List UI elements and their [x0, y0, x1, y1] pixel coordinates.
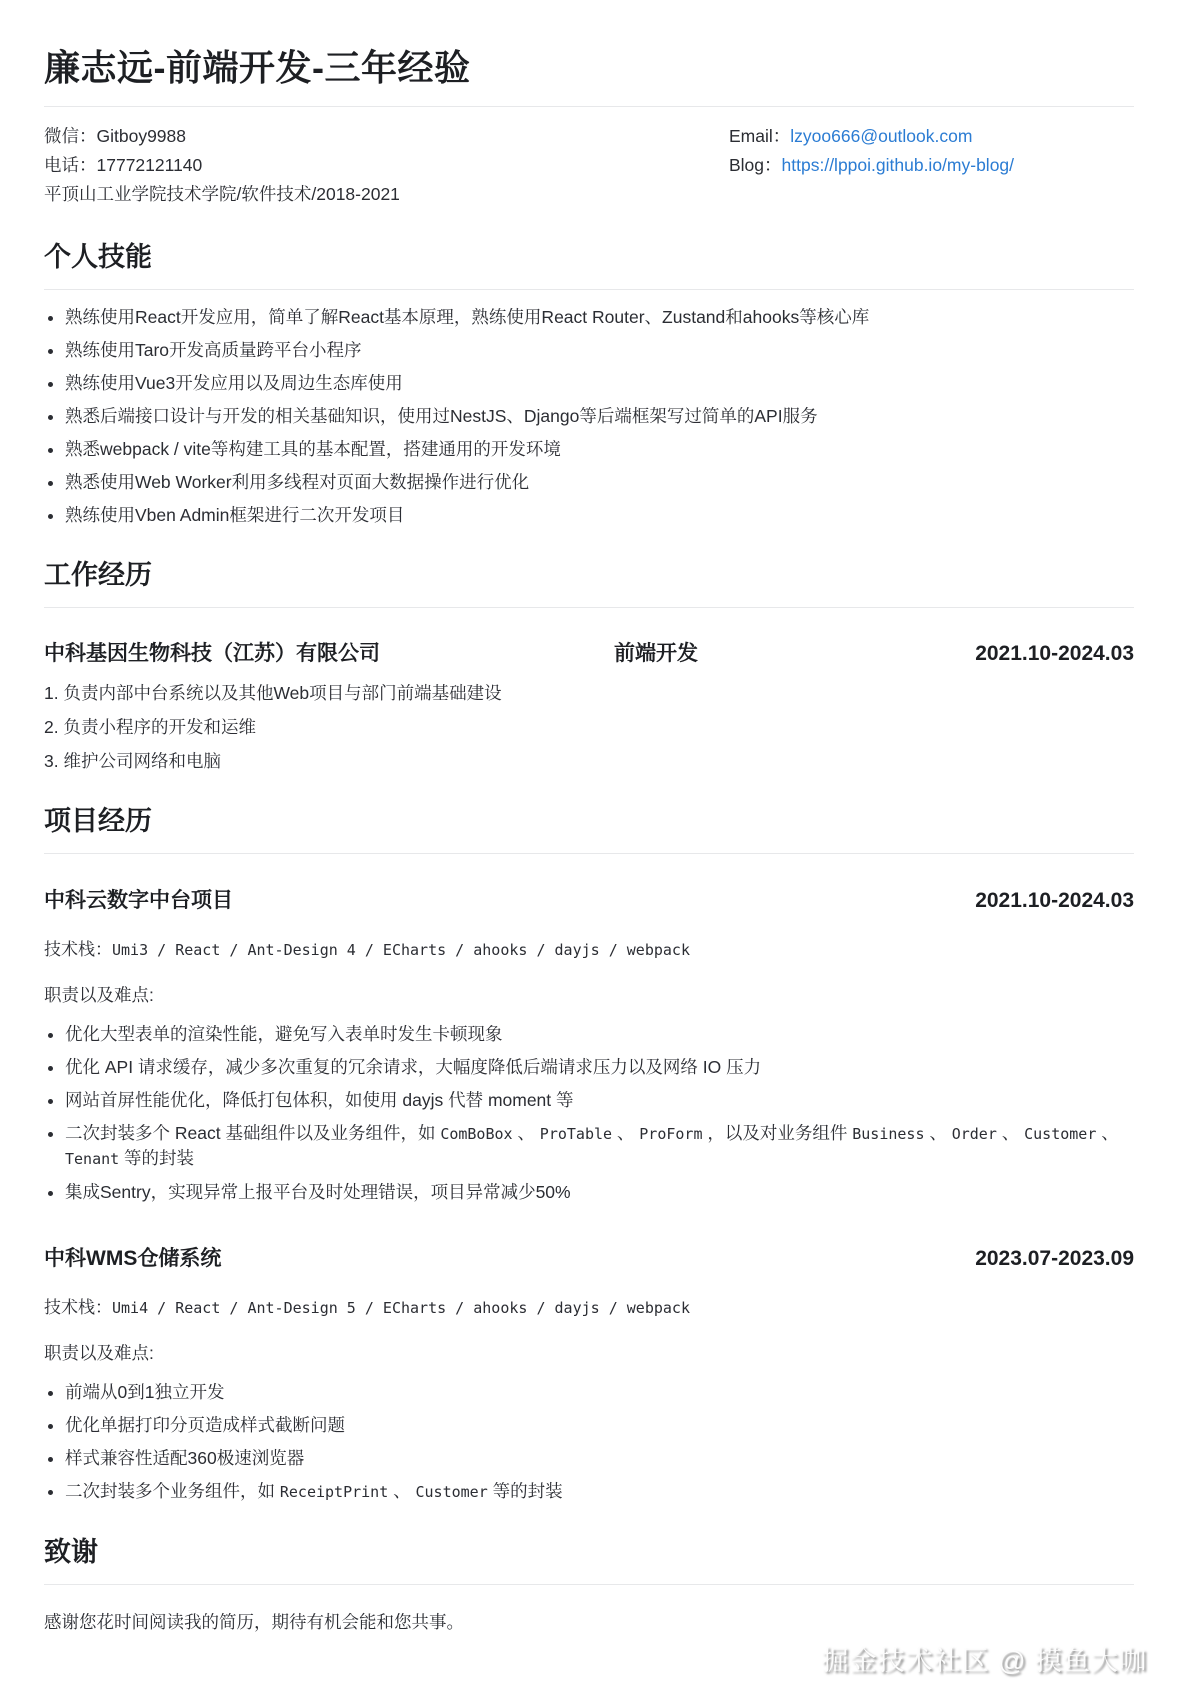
watermark: 掘金技术社区 @ 摸鱼大咖: [822, 1639, 1147, 1678]
tech-stack-line: 技术栈：Umi3 / React / Ant-Design 4 / EChart…: [44, 935, 1134, 960]
project-bullet-item: 优化 API 请求缓存，减少多次重复的冗余请求，大幅度降低后端请求压力以及网络 …: [65, 1055, 1134, 1079]
email-link[interactable]: lzyoo666@outlook.com: [790, 126, 972, 146]
contact-left: 微信：Gitboy9988 电话：17772121140 平顶山工业学院技术学院…: [44, 122, 400, 209]
skills-list: 熟练使用React开发应用，简单了解React基本原理，熟练使用React Ro…: [44, 305, 1134, 527]
section-heading-thanks: 致谢: [44, 1530, 1134, 1585]
job-position: 前端开发: [614, 637, 698, 667]
duty-item: 负责内部中台系统以及其他Web项目与部门前端基础建设: [44, 681, 1134, 705]
job-period: 2021.10-2024.03: [975, 642, 1134, 666]
contact-blog-row: Blog：https://lppoi.github.io/my-blog/: [729, 151, 1134, 180]
skill-item: 熟悉使用Web Worker利用多线程对页面大数据操作进行优化: [65, 470, 1134, 494]
skill-item: 熟练使用React开发应用，简单了解React基本原理，熟练使用React Ro…: [65, 305, 1134, 329]
duty-item: 负责小程序的开发和运维: [44, 715, 1134, 739]
skill-item: 熟悉webpack / vite等构建工具的基本配置，搭建通用的开发环境: [65, 437, 1134, 461]
inline-code: Order: [952, 1125, 997, 1143]
project-bullet-item: 样式兼容性适配360极速浏览器: [65, 1446, 1134, 1470]
contact-info: 微信：Gitboy9988 电话：17772121140 平顶山工业学院技术学院…: [44, 122, 1134, 209]
skill-item: 熟练使用Vben Admin框架进行二次开发项目: [65, 503, 1134, 527]
job-header: 中科基因生物科技（江苏）有限公司 前端开发 2021.10-2024.03: [44, 637, 1134, 667]
phone-label: 电话：: [44, 155, 97, 175]
skill-item: 熟练使用Vue3开发应用以及周边生态库使用: [65, 371, 1134, 395]
project-bullet-item: 二次封装多个 React 基础组件以及业务组件，如 ComBoBox 、 Pro…: [65, 1121, 1134, 1171]
wechat-label: 微信：: [44, 126, 97, 146]
skill-item: 熟练使用Taro开发高质量跨平台小程序: [65, 338, 1134, 362]
inline-code: ReceiptPrint: [280, 1483, 388, 1501]
project-duties-label: 职责以及难点:: [44, 1340, 1134, 1365]
thanks-text: 感谢您花时间阅读我的简历，期待有机会能和您共事。: [44, 1609, 1134, 1634]
inline-code: Customer: [415, 1483, 487, 1501]
inline-code: ComBoBox: [440, 1125, 512, 1143]
inline-code: Business: [852, 1125, 924, 1143]
project-name: 中科云数字中台项目: [44, 884, 233, 914]
wechat-value: Gitboy9988: [97, 126, 187, 146]
project-header: 中科云数字中台项目 2021.10-2024.03: [44, 884, 1134, 914]
tech-stack-line: 技术栈：Umi4 / React / Ant-Design 5 / EChart…: [44, 1293, 1134, 1318]
project-name: 中科WMS仓储系统: [44, 1242, 221, 1272]
project-bullet-item: 网站首屏性能优化，降低打包体积，如使用 dayjs 代替 moment 等: [65, 1088, 1134, 1112]
inline-code: ProForm: [639, 1125, 702, 1143]
job-company: 中科基因生物科技（江苏）有限公司: [44, 637, 614, 667]
project-duties-label: 职责以及难点:: [44, 982, 1134, 1007]
page-title: 廉志远-前端开发-三年经验: [44, 40, 1134, 107]
project-bullet-item: 二次封装多个业务组件，如 ReceiptPrint 、 Customer 等的封…: [65, 1479, 1134, 1504]
contact-wechat-row: 微信：Gitboy9988: [44, 122, 400, 151]
blog-label: Blog：: [729, 155, 782, 175]
section-heading-skills: 个人技能: [44, 235, 1134, 290]
contact-right: Email：lzyoo666@outlook.com Blog：https://…: [729, 122, 1134, 209]
project-bullet-item: 前端从0到1独立开发: [65, 1380, 1134, 1404]
contact-phone-row: 电话：17772121140: [44, 151, 400, 180]
resume-page: 廉志远-前端开发-三年经验 微信：Gitboy9988 电话：177721211…: [0, 0, 1180, 1704]
project-header: 中科WMS仓储系统 2023.07-2023.09: [44, 1242, 1134, 1272]
project-period: 2021.10-2024.03: [975, 889, 1134, 913]
blog-link[interactable]: https://lppoi.github.io/my-blog/: [782, 155, 1015, 175]
inline-code: Tenant: [65, 1150, 119, 1168]
skill-item: 熟悉后端接口设计与开发的相关基础知识，使用过NestJS、Django等后端框架…: [65, 404, 1134, 428]
tech-stack-value: Umi3 / React / Ant-Design 4 / ECharts / …: [112, 941, 690, 959]
tech-stack-label: 技术栈：: [44, 1298, 112, 1317]
tech-stack-value: Umi4 / React / Ant-Design 5 / ECharts / …: [112, 1299, 690, 1317]
tech-stack-label: 技术栈：: [44, 940, 112, 959]
phone-value: 17772121140: [97, 155, 203, 175]
section-heading-work: 工作经历: [44, 553, 1134, 608]
contact-education-row: 平顶山工业学院技术学院/软件技术/2018-2021: [44, 180, 400, 209]
project-bullet-item: 优化单据打印分页造成样式截断问题: [65, 1413, 1134, 1437]
education-value: 平顶山工业学院技术学院/软件技术/2018-2021: [44, 184, 400, 204]
duty-item: 维护公司网络和电脑: [44, 749, 1134, 773]
email-label: Email：: [729, 126, 790, 146]
project-period: 2023.07-2023.09: [975, 1247, 1134, 1271]
project-bullet-item: 集成Sentry，实现异常上报平台及时处理错误，项目异常减少50%: [65, 1180, 1134, 1204]
project-bullets-list: 优化大型表单的渲染性能，避免写入表单时发生卡顿现象优化 API 请求缓存，减少多…: [44, 1022, 1134, 1204]
inline-code: Customer: [1024, 1125, 1096, 1143]
inline-code: ProTable: [540, 1125, 612, 1143]
project-bullets-list: 前端从0到1独立开发优化单据打印分页造成样式截断问题样式兼容性适配360极速浏览…: [44, 1380, 1134, 1504]
work-duties-list: 负责内部中台系统以及其他Web项目与部门前端基础建设负责小程序的开发和运维维护公…: [44, 681, 1134, 773]
section-heading-projects: 项目经历: [44, 799, 1134, 854]
contact-email-row: Email：lzyoo666@outlook.com: [729, 122, 1134, 151]
project-bullet-item: 优化大型表单的渲染性能，避免写入表单时发生卡顿现象: [65, 1022, 1134, 1046]
